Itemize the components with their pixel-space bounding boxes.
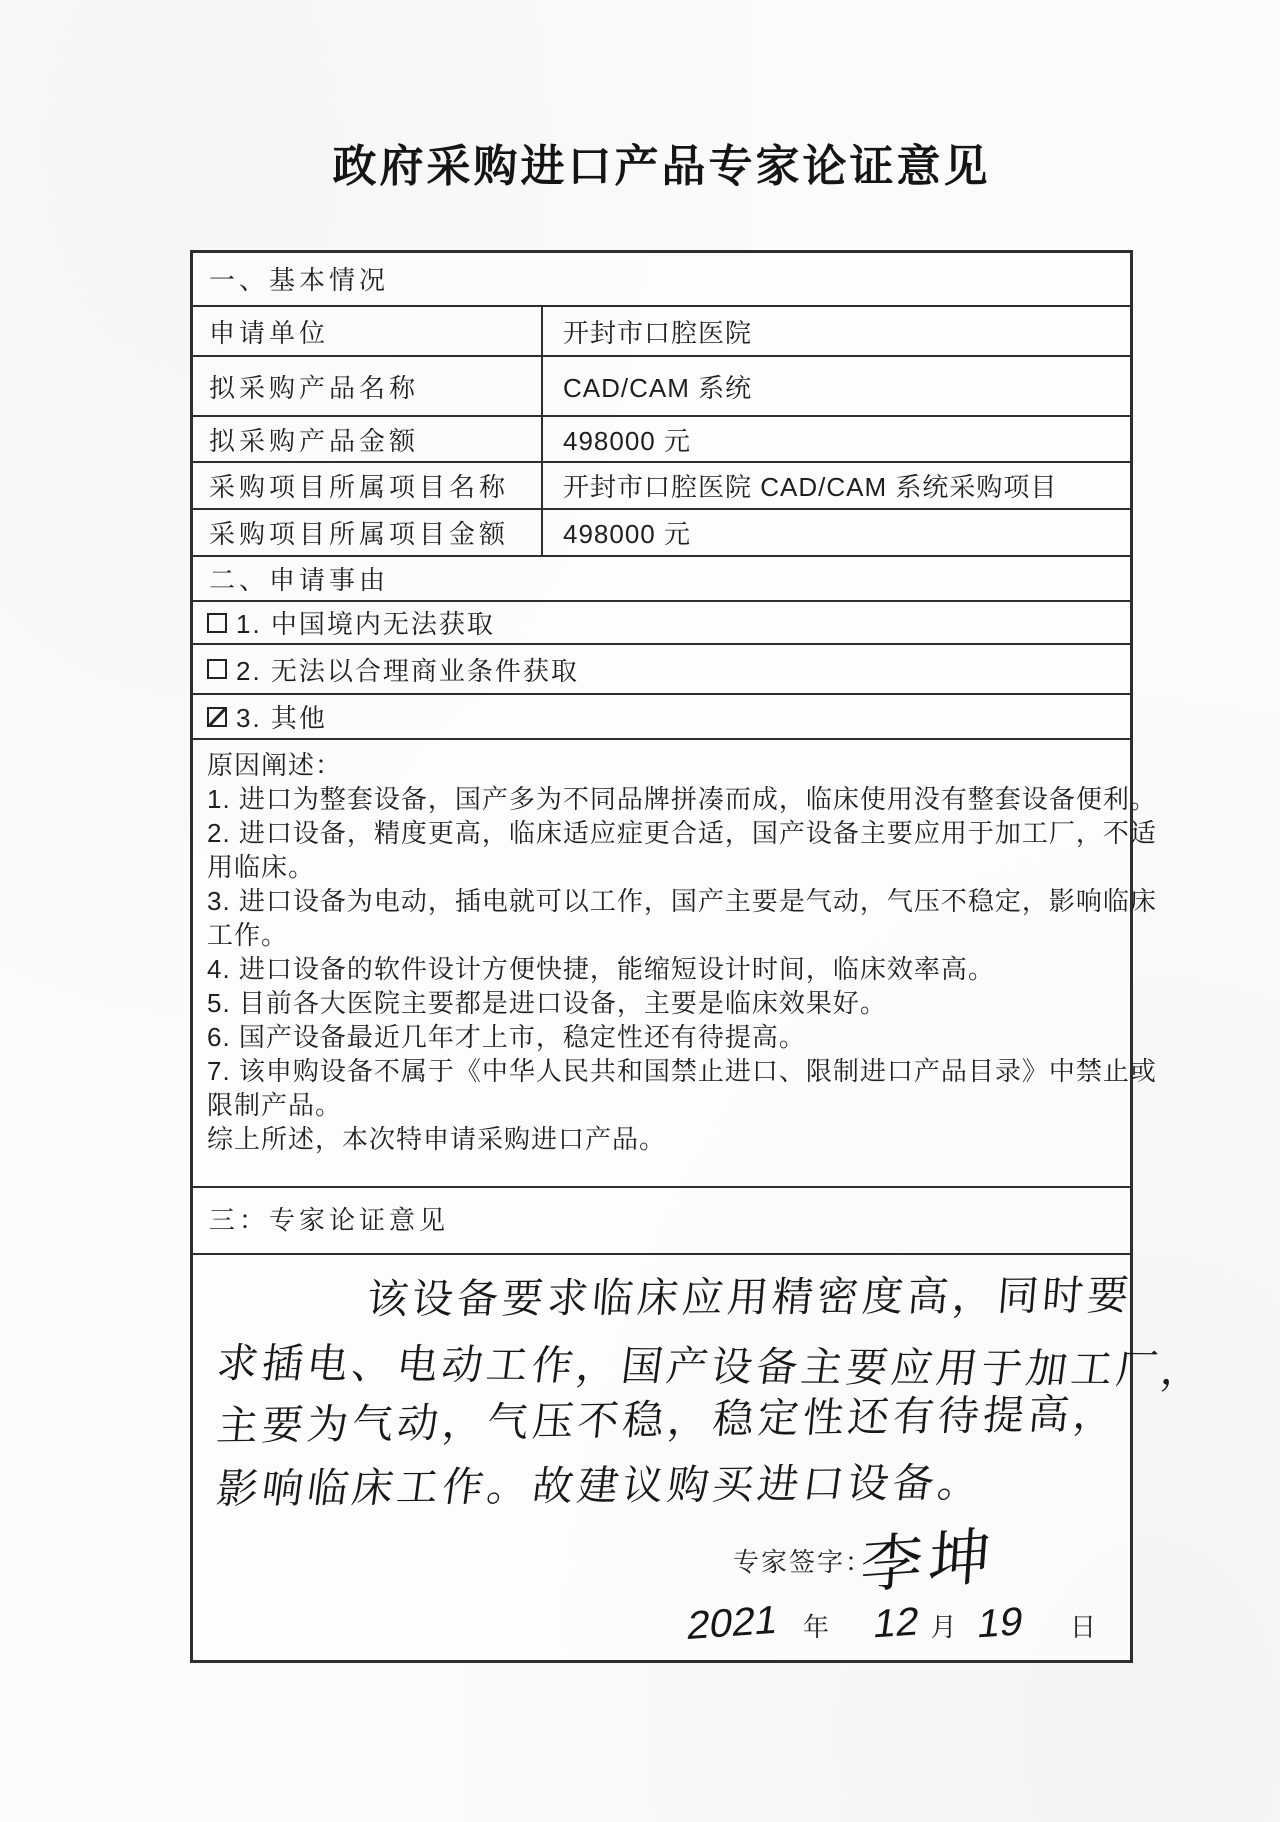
- statement-line: 工作。: [207, 918, 1116, 952]
- handwritten-signature: 李坤: [858, 1506, 1000, 1605]
- scanned-document-page: { "title": "政府采购进口产品专家论证意见", "colors": {…: [0, 0, 1280, 1822]
- year-unit-label: 年: [803, 1607, 830, 1644]
- date-line: 2021年12月19日: [688, 1601, 1097, 1646]
- section-header-label: 一、基本情况: [193, 260, 389, 297]
- table-row: 采购项目所属项目名称 开封市口腔医院 CAD/CAM 系统采购项目: [193, 463, 1130, 510]
- section-header-application-reason: 二、申请事由: [193, 557, 1130, 602]
- statement-line: 5. 目前各大医院主要都是进口设备，主要是临床效果好。: [207, 986, 1116, 1020]
- handwritten-line: 主要为气动，气压不稳，稳定性还有待提高，: [214, 1383, 1116, 1458]
- reason-statement-block: 原因阐述： 1. 进口为整套设备，国产多为不同品牌拼凑而成，临床使用没有整套设备…: [193, 740, 1130, 1188]
- page-title: 政府采购进口产品专家论证意见: [190, 130, 1133, 194]
- table-row: 采购项目所属项目金额 498000 元: [193, 510, 1130, 557]
- statement-line: 2. 进口设备，精度更高，临床适应症更合适，国产设备主要应用于加工厂，不适: [207, 816, 1116, 850]
- reason-option-row: 2. 无法以合理商业条件获取: [193, 645, 1130, 695]
- statement-line: 用临床。: [207, 850, 1116, 884]
- field-value: 开封市口腔医院 CAD/CAM 系统采购项目: [543, 463, 1130, 508]
- field-value: CAD/CAM 系统: [543, 357, 1130, 415]
- statement-line: 7. 该申购设备不属于《中华人民共和国禁止进口、限制进口产品目录》中禁止或: [207, 1054, 1116, 1088]
- reason-option-label: 1. 中国境内无法获取: [236, 604, 495, 641]
- table-row: 拟采购产品名称 CAD/CAM 系统: [193, 357, 1130, 417]
- checkbox-checked-icon: [207, 707, 227, 727]
- statement-line: 6. 国产设备最近几年才上市，稳定性还有待提高。: [207, 1020, 1116, 1054]
- field-label: 拟采购产品金额: [193, 417, 543, 461]
- table-row: 拟采购产品金额 498000 元: [193, 417, 1130, 463]
- handwritten-day: 19: [974, 1600, 1025, 1648]
- signature-label: 专家签字：: [733, 1542, 873, 1579]
- expert-opinion-area: 该设备要求临床应用精密度高，同时要 求插电、电动工作，国产设备主要应用于加工厂，…: [193, 1255, 1130, 1660]
- reason-option-row: 1. 中国境内无法获取: [193, 602, 1130, 645]
- section-header-expert-opinion: 三：专家论证意见: [193, 1188, 1130, 1255]
- handwritten-month: 12: [871, 1600, 922, 1648]
- field-value: 开封市口腔医院: [543, 307, 1130, 355]
- statement-line: 1. 进口为整套设备，国产多为不同品牌拼凑而成，临床使用没有整套设备便利。: [207, 782, 1116, 816]
- field-label: 申请单位: [193, 307, 543, 355]
- table-row: 申请单位 开封市口腔医院: [193, 307, 1130, 357]
- checkbox-unchecked-icon: [207, 659, 227, 679]
- field-value: 498000 元: [543, 417, 1130, 461]
- section-header-basic-info: 一、基本情况: [193, 253, 1130, 307]
- month-unit-label: 月: [931, 1607, 958, 1644]
- statement-line: 综上所述，本次特申请采购进口产品。: [207, 1122, 1116, 1156]
- handwritten-year: 2021: [684, 1598, 780, 1649]
- section-header-label: 三：专家论证意见: [193, 1200, 449, 1237]
- section-header-label: 二、申请事由: [193, 560, 389, 597]
- statement-line: 原因阐述：: [207, 748, 1116, 782]
- checkbox-unchecked-icon: [207, 613, 227, 633]
- handwritten-opinion: 该设备要求临床应用精密度高，同时要 求插电、电动工作，国产设备主要应用于加工厂，…: [217, 1269, 1112, 1521]
- day-unit-label: 日: [1070, 1607, 1097, 1644]
- document-table: 一、基本情况 申请单位 开封市口腔医院 拟采购产品名称 CAD/CAM 系统 拟…: [190, 250, 1133, 1663]
- field-label: 采购项目所属项目名称: [193, 463, 543, 508]
- statement-line: 限制产品。: [207, 1088, 1116, 1122]
- handwritten-line: 该设备要求临床应用精密度高，同时要: [214, 1264, 1115, 1332]
- reason-option-label: 3. 其他: [236, 698, 327, 735]
- reason-option-label: 2. 无法以合理商业条件获取: [236, 651, 579, 688]
- reason-option-row: 3. 其他: [193, 695, 1130, 740]
- field-label: 采购项目所属项目金额: [193, 510, 543, 555]
- statement-line: 4. 进口设备的软件设计方便快捷，能缩短设计时间，临床效率高。: [207, 952, 1116, 986]
- statement-line: 3. 进口设备为电动，插电就可以工作，国产主要是气动，气压不稳定，影响临床: [207, 884, 1116, 918]
- field-label: 拟采购产品名称: [193, 357, 543, 415]
- field-value: 498000 元: [543, 510, 1130, 555]
